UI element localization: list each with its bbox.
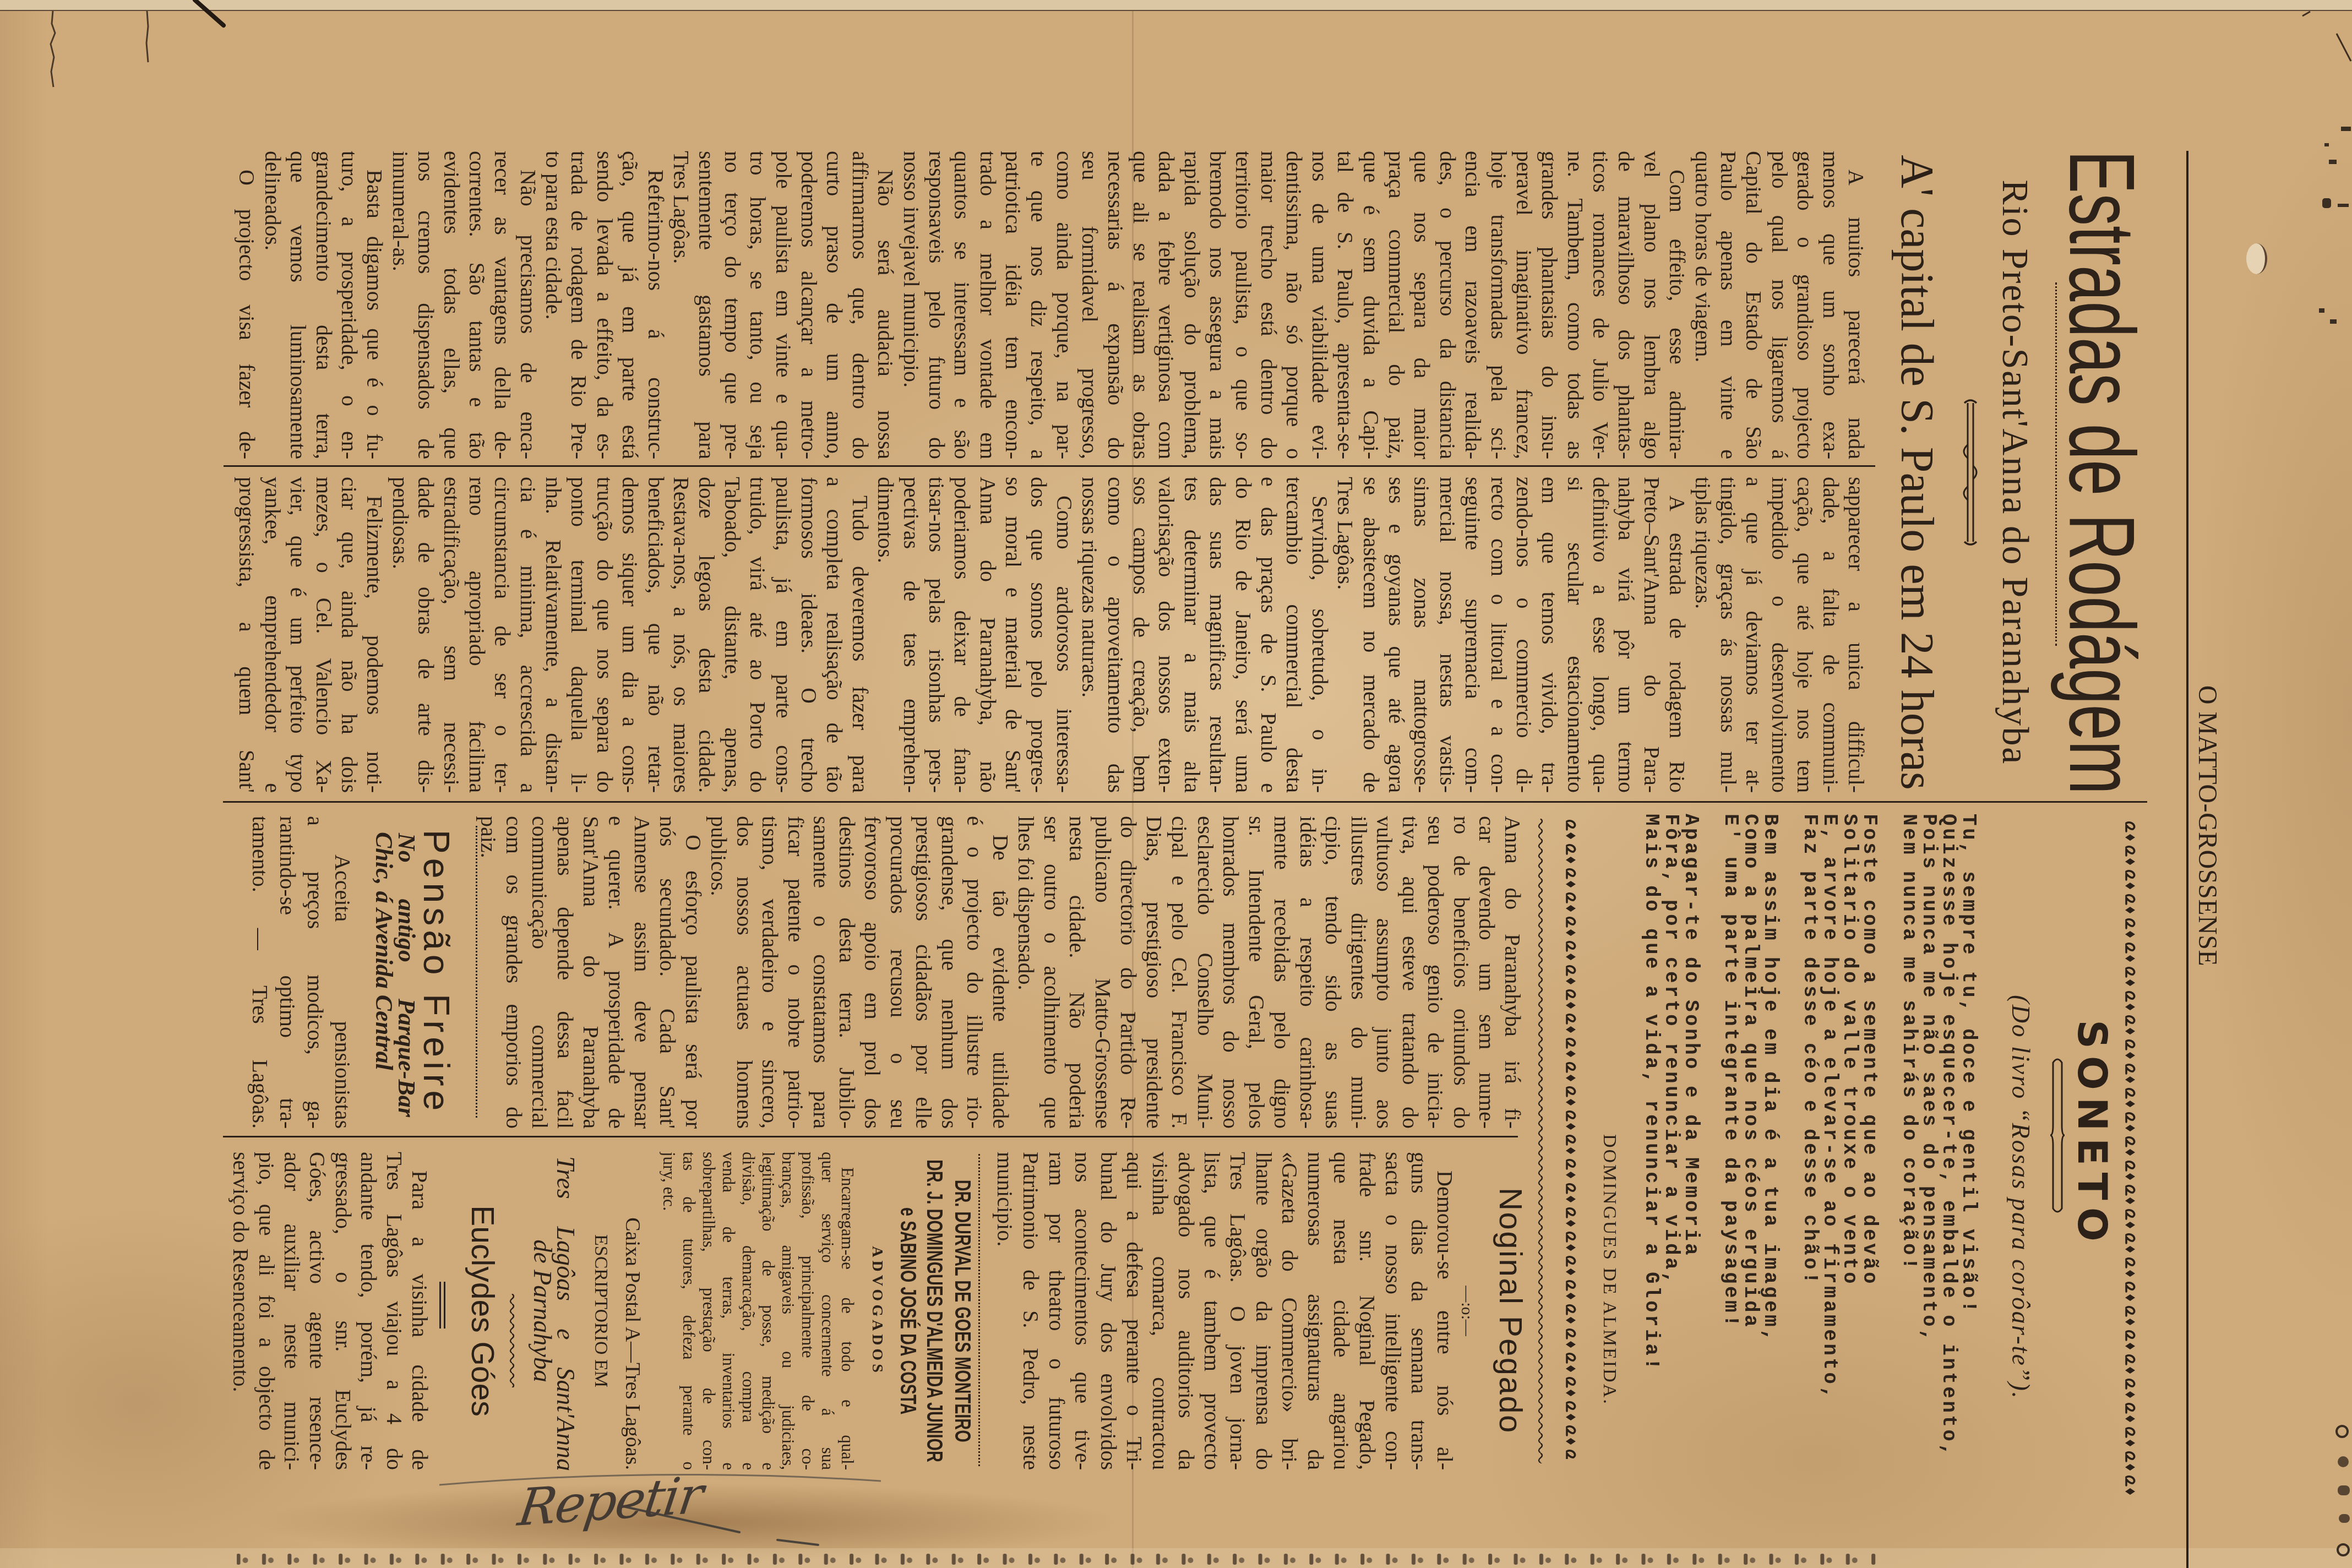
text-line: Paulo apenas em vinte e [1716,151,1741,459]
text-line: Dias, prestigioso presidente [1141,816,1167,1129]
text-line: ciar que, ainda não ha dois [336,477,362,793]
text-line: grandense, que nenhum dos [937,816,962,1129]
text-line: venda de terras, inventarios e [718,1152,738,1470]
text-line: prestigiosos cidadãos por elle [911,816,937,1129]
text-line: mente recebidas pelo digno [1269,816,1295,1129]
text-line: cia é minima, accrescida a [515,477,540,793]
handwritten-annotation: Repetir [515,1468,706,1536]
text-line: bunal do Jury dos envolvidos [1096,1152,1121,1470]
column-rule [223,1136,1518,1137]
text-line: lista, que é tambem provecto [1199,1152,1225,1470]
ad-lawyer-name-text: e SABINO JOSÉ DA COSTA [897,1207,919,1414]
text-line: tas de tutores, defeza perante o [679,1152,699,1470]
text-line: Fôra, por certo renunciar a vida, [1661,814,1681,1496]
text-line: tiva, aqui esteve tratando do [1397,816,1423,1129]
text-line: de maravilhoso dos phantas- [1613,151,1638,459]
text-line: beneficiados, que não retar- [643,477,668,793]
text-line: pole paulista em vinte e qua- [770,151,796,459]
text-line: O projecto visa fazer de- [234,151,259,459]
ad-lawyer-name: e SABINO JOSÉ DA COSTA [897,1152,919,1470]
text-line: A estrada de rodagem Rio [1664,477,1690,793]
text-line: que nesta cidade angariou [1329,1152,1354,1470]
news-noginal-separator: —:o:— [1458,1152,1475,1470]
text-line: gerado o grandioso projecto [1792,151,1817,459]
text-line: pectivas de taes emprehen- [898,477,923,793]
text-line: progressista, a quem Sant' [234,477,259,793]
text-line: A muitos parecerá nada [1843,151,1869,459]
text-line: doze legoas desta cidade. [694,477,719,793]
news-noginal-body: Demorou-se entre nós al-guns dias da sem… [992,1152,1458,1470]
text-line: lhante orgão da imprensa do [1251,1152,1277,1470]
text-line: dade de obras de arte dis- [413,477,438,793]
text-line: cação, que até hoje nos tem [1792,477,1817,793]
ad-office-label: ESCRIPTORIO EM [591,1152,610,1470]
sonnet-title: SONETO [2072,969,2112,1299]
text-line: nos de uma viabilidade evi- [1306,151,1332,459]
text-line: to para esta cidade. [541,151,566,459]
text-line: quatro horas de viagem. [1690,151,1715,459]
text-line: cipal e pelo Cel. Francisco F. [1167,816,1193,1129]
text-line: sacta o nosso intelligente con- [1380,1152,1406,1470]
text-line: tal de S. Paulo, apresenta-se- [1332,151,1358,459]
text-line: Apagar-te do Sonho e da Memoria [1681,814,1701,1496]
text-line: ses e goyanas que até agora [1384,477,1409,793]
title-dotted-rule [2055,282,2057,646]
text-line: Foste como a semente que ao devão [1859,814,1879,1496]
text-line: divisão, demarcação, compra e [738,1152,758,1470]
text-line: seguinte supremacia com- [1460,477,1485,793]
text-line: tamento. — Tres Lagôas. [246,816,274,1129]
text-line: trucção do que nos separa do [591,477,617,793]
text-line: Para a visinha cidade de [407,1152,432,1470]
text-line: Faz parte desse céo e desse chão! [1800,814,1820,1496]
text-line: municipio. [992,1152,1018,1470]
text-line: ficar patente o nobre patrio- [783,816,809,1129]
ad-profession: ADVOGADOS [869,1152,885,1470]
text-line: seu poderoso genio de inicia- [1423,816,1449,1129]
text-line: dentissima, não só porque o [1281,151,1306,459]
text-line: a que já deviamos ter at- [1741,477,1766,793]
text-line: trada de rodagem de Rio Pre- [566,151,591,459]
text-line: rantindo-se optimo tra- [274,816,301,1129]
text-line: demos siquer um dia a cons- [617,477,643,793]
text-line: Referimo-nos á construc- [643,151,668,459]
text-line: cipio, tendo sido as suas [1320,816,1346,1129]
text-line: dimentos. [873,477,898,793]
text-line: idéias a respeito carinhosa- [1295,816,1321,1129]
text-line: Tres Lagôas. [668,151,694,459]
text-line: E, arvore hoje a elevar-se ao firmamento… [1820,814,1839,1496]
text-line: si secular estacionamento [1562,477,1587,793]
text-line: é o projecto do illustre rio- [962,816,988,1129]
text-line: tisar-nos pelas risonhas pers- [924,477,949,793]
text-line: em que temos vivido, tra- [1537,477,1562,793]
text-line: gressado, o snr. Euclydes [330,1152,355,1470]
text-line: ponto terminal daquella li- [566,477,591,793]
text-line: Solitario do valle trouxe o vento [1839,814,1859,1496]
text-line: Como ardorosos interessa- [1052,477,1077,793]
text-line: Sant'Anna do Paranahyba [578,816,604,1129]
column-rule [223,801,2147,803]
text-line: tro horas, se tanto, ou seja [745,151,770,459]
text-line: Não precisamos de enca- [515,151,540,459]
text-line: dada a febre vertiginosa com [1153,151,1179,459]
text-line: Anna do Paranahyba, não [974,477,1000,793]
text-line: maior trecho está dentro do [1256,151,1281,459]
article-column-1: A muitos parecerá nadamenos que um sonho… [234,151,1869,459]
text-line: ador auxiliar neste munici- [279,1152,304,1470]
text-line: truido, virá até ao Porto do [745,477,770,793]
text-line: pendiosas. [387,477,412,793]
text-line: innumeral-as. [387,151,412,459]
text-line: pelo qual nos ligaremos á [1766,151,1792,459]
text-line: sendo levada a effeito, da es- [591,151,617,459]
text-line: Bem assim hoje em dia é a tua imagem, [1760,814,1780,1496]
text-line: ticos romances de Julio Ver- [1588,151,1613,459]
text-line: recer as vantagens della de- [489,151,515,459]
text-line: valorisação dos nossos exten- [1153,477,1179,793]
text-line: Pois nunca me não saes do pensamento, [1919,814,1939,1496]
text-line: andante tendo, porém, já re- [356,1152,381,1470]
text-line: Não será audacia nossa [873,151,898,459]
text-line: Tres Lagôas viajou a 4 do [381,1152,406,1470]
article-headline: A' capital de S. Paulo em 24 horas [1893,151,1940,794]
text-line: delineados. [259,151,285,459]
ornament-divider [2050,1055,2065,1216]
text-line: necessarias á expansão do [1102,151,1128,459]
text-line: rapida solução do problema, [1179,151,1204,459]
ornament-border-bottom [1564,819,1578,1459]
text-line: grandes phantasias do insu- [1537,151,1562,459]
text-line: quer serviço concernente á sua [818,1152,837,1470]
text-line: ram por theatro o futuroso [1044,1152,1070,1470]
text-line: correntes. São tantas e tão [464,151,489,459]
sonnet-author: DOMINGUES DE ALMEIDA. [1600,1134,1619,1406]
news-euclydes-title: Euclydes Góes [466,1152,498,1470]
text-line: sentemente gastamos para [694,151,719,459]
text-line: territorio paulista, o que so- [1230,151,1255,459]
text-line: como o aproveitamento das [1102,477,1128,793]
article-title-text: Estradas de Rodágem [2056,150,2148,794]
ad-lawyer-name-text: DR. DURVAL DE GOES MONTEIRO [951,1180,973,1442]
text-line: sos campos de creação, bem [1128,477,1153,793]
text-line: dade, a falta de communi- [1817,477,1843,793]
text-line: impedido o desenvolvimento [1766,477,1792,793]
text-line: patriotica idéia tem encon- [1000,151,1026,459]
text-line: hoje transformadas pela sci- [1485,151,1511,459]
text-line: profissão, principalmente de co- [798,1152,818,1470]
text-line: Nem nunca me sahirás do coração! [1899,814,1919,1496]
text-line: circumstancia de ser o ter- [489,477,515,793]
sonnet-source: (Do livro “Rosas para corôar-te”). [2008,995,2033,1400]
text-line: bremodo nos assegura a mais [1205,151,1230,459]
text-line: communicação commercial [527,816,553,1129]
text-line: O esforço paulista será por [680,816,706,1129]
ad-office-city-2: de Parnahyba [530,1152,555,1470]
wavy-rule [1537,819,1544,1463]
text-line: Preto–Sant'Anna do Para- [1638,477,1664,793]
ad-lawyer-name-text: DR. J. DOMINGUES D'ALMEIDA JUNIOR [923,1159,945,1462]
text-line: das suas magnificas resultan- [1205,477,1230,793]
text-line: Tudo deveremos fazer para [847,477,872,793]
text-line: evidentes todas ellas, que [438,151,464,459]
text-line: curto praso de um anno, [821,151,847,459]
text-line: poderemos alcançar a metro- [796,151,821,459]
text-line: sapparecer a unica difficul- [1843,477,1869,793]
text-line: Encarregam-se de todo e qual- [837,1152,857,1470]
news-euclydes-body: Para a visinha cidade deTres Lagôas viaj… [228,1152,432,1470]
ad-dotted-rule [476,826,477,1118]
text-line: pio, que ali foi a objecto de [253,1152,279,1470]
text-line: Tu, sempre tu, doce e gentil visão! [1958,814,1978,1496]
text-line: sobrepartilhas, prestação de con- [699,1152,718,1470]
text-line: tercambio commercial desta [1281,477,1306,793]
text-line: do directorio do Partido Re- [1115,816,1141,1129]
ad-lawyers-body: Encarregam-se de todo e qual-quer serviç… [659,1152,857,1470]
text-line: dos nossos actuaes homens [732,816,758,1129]
newspaper-running-header: O MATTO-GROSSENSE [2194,677,2220,974]
text-line: seu formidavel progresso, [1077,151,1102,459]
text-line: menos que um sonho exa- [1817,151,1843,459]
text-line: samente o constatamos para [808,816,834,1129]
text-line: turo, a prosperidade, o en- [336,151,362,459]
text-line: poderiamos deixar de fana- [949,477,974,793]
text-line: mezes, o Cel. Valencio Xa- [311,477,336,793]
text-line: a completa realisação de tão [821,477,847,793]
text-line: fervoroso apoio em prol dos [859,816,885,1129]
text-line: Annense assim deve pensar [629,816,655,1129]
article-title: Estradas de Rodágem [2056,151,2148,794]
text-line: nahyba virá pôr um termo [1613,477,1638,793]
text-line: Servindo, sobretudo, o in- [1306,477,1332,793]
text-line: que é sem duvida a Capi- [1358,151,1383,459]
ad-lawyer-name: DR. J. DOMINGUES D'ALMEIDA JUNIOR [923,1152,945,1470]
text-line: quantos se interessam e são [949,151,974,459]
text-line: mercial nossa, nestas vastis- [1434,477,1460,793]
text-line: praça commercial do paiz, [1384,151,1409,459]
text-line: car devendo um sem nume- [1474,816,1500,1129]
text-line: Capital do Estado de São [1741,151,1766,459]
text-line: Góes, activo agente resence- [304,1152,330,1470]
ad-pensao-location-2: Chic, á Avenida Central [372,832,396,1070]
text-line: nós secundado. Cada Sant' [655,816,680,1129]
text-line: Felizmente, podemos noti- [362,477,387,793]
text-line: publicano Matto-Grossense [1090,816,1116,1129]
article-column-2: sapparecer a unica difficul-dade, a falt… [234,477,1869,793]
text-line: simas zonas mattogrosse- [1409,477,1434,793]
text-line: guns dias da semana trans- [1406,1152,1432,1470]
text-line: aqui a defesa perante o Tri- [1121,1152,1147,1470]
text-line: yankee, emprehendedor e [259,477,285,793]
text-line: Demorou-se entre nós al- [1432,1152,1458,1470]
text-line: paiz. [476,816,502,1129]
text-line: estradificação, sem necessi- [438,477,464,793]
text-line: a preços modicos, ga- [301,816,329,1129]
text-line: legitimação de posse, medição e [758,1152,778,1470]
text-line: te que nos diz respeito, a [1026,151,1051,459]
text-line: vel plano nos lembra algo [1638,151,1664,459]
text-line: Tres Lagôas. O joven jorna- [1225,1152,1251,1470]
text-line: Quizesse hoje esquecer-te, embalde o int… [1939,814,1958,1496]
ad-postal-box: Caixa Postal A—Tres Lagôas. [622,1152,643,1470]
text-line: ro de beneficios oriundos do [1449,816,1474,1129]
article-column-3: Anna do Paranahyba irá fi-car devendo um… [476,816,1526,1129]
text-line: apenas depende dessa facil [552,816,578,1129]
text-line: destinos desta terra. Jubilo- [834,816,860,1129]
text-line: Taboado, distante, apenas, [719,477,744,793]
text-line: que nos separa da maior [1409,151,1434,459]
text-line: Patrimonio de S. Pedro, neste [1018,1152,1044,1470]
text-line: advogado nos auditorios da [1173,1152,1199,1470]
text-line: nosso invejavel municipio. [898,151,923,459]
text-line: que vemos luminosamente [285,151,311,459]
text-line: nossas riquezas naturaes. [1077,477,1102,793]
sonnet-verses: Tu, sempre tu, doce e gentil visão!Quize… [1641,814,1978,1496]
title-short-rule [444,1282,445,1329]
title-short-rule [439,1282,441,1329]
wavy-rule [509,1294,515,1387]
text-line: publicos. [706,816,732,1129]
text-line: nesta cidade. Não poderia [1064,816,1090,1129]
header-rule [2186,151,2188,1568]
text-line: nos acontecimentos que tive- [1070,1152,1096,1470]
ad-lawyer-name: DR. DURVAL DE GOES MONTEIRO [951,1152,973,1470]
text-line: responsaveis pelo futuro do [924,151,949,459]
text-line: vultuoso assumpto junto aos [1371,816,1397,1129]
text-line: vier, que é um perfeito typo [285,477,311,793]
text-line: procurados recusou o seu [885,816,911,1129]
ornament-divider [1960,398,1980,547]
text-line: so moral e material de Sant' [1000,477,1026,793]
text-line: honrados membros do nosso [1218,816,1244,1129]
text-line: reno apropriado facilima [464,477,489,793]
text-line: des, o percurso da distancia [1434,151,1460,459]
ad-pensao-body: Acceita pensionistasa preços modicos, ga… [246,816,356,1129]
ad-pensao-title: Pensão Freire [418,816,455,1129]
article-subtitle: Rio Preto-Sant'Anna do Paranahyba [1997,151,2034,794]
text-line: Tres Lagôas. [1332,477,1358,793]
text-line: recto com o littoral e a con- [1485,477,1511,793]
column-rule [224,465,1875,467]
text-line: como ainda porque, na par- [1052,151,1077,459]
text-line: trado a melhor vontade em [974,151,1000,459]
ad-dotted-rule [978,1154,980,1466]
text-line: tiplas riquezas. [1690,477,1715,793]
text-line: branças, amigaveis ou judiciaes, [778,1152,798,1470]
ornament-border-top [2123,820,2137,1498]
text-line: Acceita pensionistas [329,816,356,1129]
text-line: definitivo a esse longo, qua- [1588,477,1613,793]
text-line: nha. Relativamente, a distan- [541,477,566,793]
text-line: nos cremos dispensados de [413,151,438,459]
text-line: Com effeito, esse admira- [1664,151,1690,459]
text-line: sr. Intendente Geral, pelos [1244,816,1270,1129]
text-line: Mais do que a vida, renunciar a Gloria! [1641,814,1661,1496]
text-line: do Rio de Janeiro, será uma [1230,477,1255,793]
text-line: Restava-nos, a nós, os maiores [668,477,694,793]
text-line: ção, que já em parte está [617,151,643,459]
text-line: jury, etc. [659,1152,679,1470]
text-line: frade snr. Noginal Pegado, [1354,1152,1380,1470]
text-line: e das praças de S. Paulo e [1256,477,1281,793]
ad-pensao-location-1: No antigo Parque-Bar [394,833,418,1117]
text-line: tes determinar a mais alta [1179,477,1204,793]
text-line: grandecimento desta terra, [311,151,336,459]
text-line: ser outro o acolhimento que [1039,816,1065,1129]
text-line: ne. Tambem, como todas as [1562,151,1587,459]
text-line: Anna do Paranahyba irá fi- [1500,816,1526,1129]
text-line: illustres dirigentes do muni- [1346,816,1372,1129]
text-line: Basta digamos que é o fu- [362,151,387,459]
text-line: no terço do tempo que pre- [719,151,744,459]
text-line: affirmarmos que, dentro do [847,151,872,459]
text-line: e querer. A prosperidade de [603,816,629,1129]
text-line: numerosas assignaturas da [1303,1152,1329,1470]
text-line: encia em razoaveis realida- [1460,151,1485,459]
text-line: esclarecido Conselho Muni- [1193,816,1218,1129]
text-line: tismo, verdadeiro e sincero, [757,816,783,1129]
newspaper-page: O MATTO-GROSSENSE Estradas de Rodágem Ri… [0,0,2352,1568]
text-line: tingido, graças ás nossas mul- [1716,477,1741,793]
text-line: paulista, já em parte cons- [770,477,796,793]
text-line: E' uma parte integrante da paysagem! [1721,814,1740,1496]
text-line: Como a palmeira que nos céos erguida [1740,814,1760,1496]
text-line: dos que somos pelo progres- [1026,477,1051,793]
text-line: com os grandes emporios do [501,816,527,1129]
text-line: que ali se realisam as obras [1128,151,1153,459]
text-line: zendo-nos o commercio di- [1511,477,1537,793]
text-line: peravel imaginativo francez, [1511,151,1537,459]
text-line: De tão evidente utilidade [988,816,1014,1129]
text-line: se abastecem no mercado de [1358,477,1383,793]
news-noginal-title: Noginal Pegado [1494,1152,1526,1470]
text-line: lhes foi dispensado. [1013,816,1039,1129]
text-line: serviço do Resenceamento. [228,1152,253,1470]
text-line: «Gazeta do Commercio» bri- [1277,1152,1303,1470]
text-line: visinha comarca, contractou [1147,1152,1173,1470]
text-line: formosos ideaes. O trecho [796,477,821,793]
